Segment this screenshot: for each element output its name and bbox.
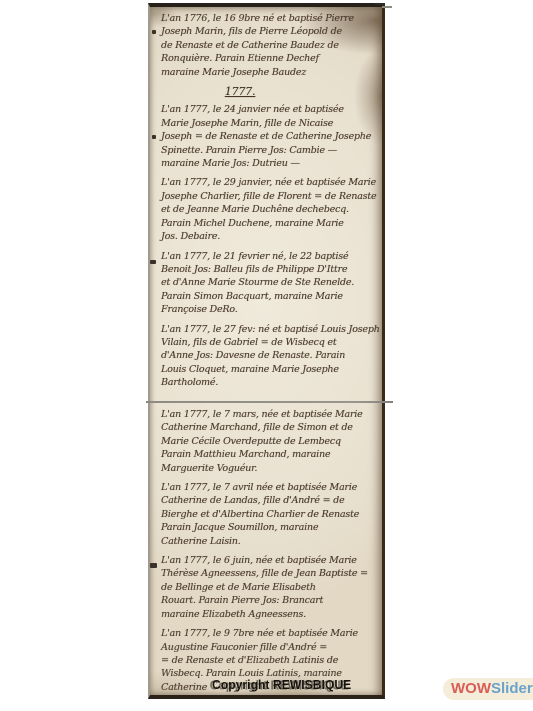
binding-mark xyxy=(152,135,156,139)
manuscript-line: Joseph = de Renaste et de Catherine Jose… xyxy=(161,130,379,143)
manuscript-line: 1777. xyxy=(161,85,319,98)
manuscript-line: Bartholomé. xyxy=(161,376,379,389)
manuscript-line: Vilain, fils de Gabriel = de Wisbecq et xyxy=(161,336,379,349)
manuscript-line: Parain Jacque Soumillon, maraine xyxy=(161,521,379,534)
manuscript-lower-section: L'an 1777, le 7 mars, née et baptisée Ma… xyxy=(161,408,379,699)
manuscript-line: Marie Josephe Marin, fille de Nicaise xyxy=(161,117,379,130)
manuscript-line: Joseph Marin, fils de Pierre Léopold de xyxy=(161,25,379,38)
manuscript-line: et de Jeanne Marie Duchêne dechebecq. xyxy=(161,203,379,216)
binding-mark xyxy=(152,30,156,34)
manuscript-line: maraine Elizabeth Agneessens. xyxy=(161,608,379,621)
manuscript-line: d'Anne Jos: Davesne de Renaste. Parain xyxy=(161,349,379,362)
copyright-watermark: Copyright REWISBIQUE xyxy=(212,678,380,692)
slider-frame: L'an 1776, le 16 9bre né et baptisé Pier… xyxy=(0,0,533,711)
manuscript-line: L'an 1777, le 6 juin, née et baptisée Ma… xyxy=(161,554,379,567)
manuscript-line: Catherine Laisin. xyxy=(161,535,379,548)
manuscript-line: Ronquière. Parain Etienne Dechef xyxy=(161,52,379,65)
manuscript-line: Catherine Marchand, fille de Simon et de xyxy=(161,421,379,434)
manuscript-line: = de Renaste et d'Elizabeth Latinis de xyxy=(161,654,379,667)
scan-seam-line xyxy=(146,401,393,403)
manuscript-line: Bierghe et d'Albertina Charlier de Renas… xyxy=(161,508,379,521)
baptism-entry: L'an 1777, le 27 fev: né et baptisé Loui… xyxy=(161,323,379,390)
manuscript-line: Thérèse Agneessens, fille de Jean Baptis… xyxy=(161,567,379,580)
manuscript-upper-section: L'an 1776, le 16 9bre né et baptisé Pier… xyxy=(161,12,379,396)
manuscript-line: L'an 1777, le 9 7bre née et baptisée Mar… xyxy=(161,627,379,640)
manuscript-line: Marguerite Voguéur. xyxy=(161,462,379,475)
wowslider-wow-label: WOW xyxy=(451,678,491,700)
baptism-entry: L'an 1777, le 21 fevrier né, le 22 bapti… xyxy=(161,250,379,317)
manuscript-page: L'an 1776, le 16 9bre né et baptisé Pier… xyxy=(148,3,385,699)
binding-mark xyxy=(150,260,156,264)
manuscript-line: maraine Marie Jos: Dutrieu — xyxy=(161,157,379,170)
manuscript-line: de Bellinge et de Marie Elisabeth xyxy=(161,581,379,594)
manuscript-line: L'an 1777, le 24 janvier née et baptisée xyxy=(161,103,379,116)
top-edge-extension xyxy=(382,6,392,8)
manuscript-line: Augustine Fauconier fille d'André = xyxy=(161,641,379,654)
manuscript-line: Catherine de Landas, fille d'André = de xyxy=(161,494,379,507)
manuscript-line: Françoise DeRo. xyxy=(161,303,379,316)
baptism-entry: L'an 1777, le 24 janvier née et baptisée… xyxy=(161,103,379,170)
manuscript-line: Marie Cécile Overdeputte de Lembecq xyxy=(161,435,379,448)
manuscript-line: L'an 1777, le 7 mars, née et baptisée Ma… xyxy=(161,408,379,421)
manuscript-line: L'an 1777, le 21 fevrier né, le 22 bapti… xyxy=(161,250,379,263)
manuscript-line: et d'Anne Marie Stourme de Ste Renelde. xyxy=(161,276,379,289)
manuscript-line: L'an 1777, le 27 fev: né et baptisé Loui… xyxy=(161,323,379,336)
manuscript-line: L'an 1777, le 7 avril née et baptisée Ma… xyxy=(161,481,379,494)
manuscript-line: de Renaste et de Catherine Baudez de xyxy=(161,39,379,52)
baptism-entry: L'an 1777, le 6 juin, née et baptisée Ma… xyxy=(161,554,379,621)
manuscript-line: Louis Cloquet, maraine Marie Josephe xyxy=(161,363,379,376)
baptism-entry: L'an 1777, le 29 janvier, née et baptisé… xyxy=(161,176,379,243)
manuscript-line: Josephe Charlier, fille de Florent = de … xyxy=(161,190,379,203)
baptism-entry: L'an 1777, le 7 avril née et baptisée Ma… xyxy=(161,481,379,548)
manuscript-line: Parain Matthieu Marchand, maraine xyxy=(161,448,379,461)
manuscript-line: Parain Simon Bacquart, maraine Marie xyxy=(161,290,379,303)
manuscript-line: maraine Marie Josephe Baudez xyxy=(161,66,379,79)
manuscript-line: L'an 1776, le 16 9bre né et baptisé Pier… xyxy=(161,12,379,25)
top-right-dash xyxy=(375,3,385,5)
baptism-entry: L'an 1776, le 16 9bre né et baptisé Pier… xyxy=(161,12,379,79)
manuscript-line: Jos. Debaire. xyxy=(161,230,379,243)
manuscript-line: Spinette. Parain Pierre Jos: Cambie — xyxy=(161,144,379,157)
manuscript-line: Parain Michel Duchene, maraine Marie xyxy=(161,217,379,230)
manuscript-line: Rouart. Parain Pierre Jos: Brancart xyxy=(161,594,379,607)
wowslider-slider-label: Slider xyxy=(491,678,533,700)
baptism-entry: L'an 1777, le 7 mars, née et baptisée Ma… xyxy=(161,408,379,475)
manuscript-line: L'an 1777, le 29 janvier, née et baptisé… xyxy=(161,176,379,189)
wowslider-watermark[interactable]: WOWSlider xyxy=(443,678,533,700)
year-heading: 1777. xyxy=(161,85,319,98)
binding-mark xyxy=(150,563,157,568)
manuscript-line: Benoit Jos: Balleu fils de Philippe D'It… xyxy=(161,263,379,276)
